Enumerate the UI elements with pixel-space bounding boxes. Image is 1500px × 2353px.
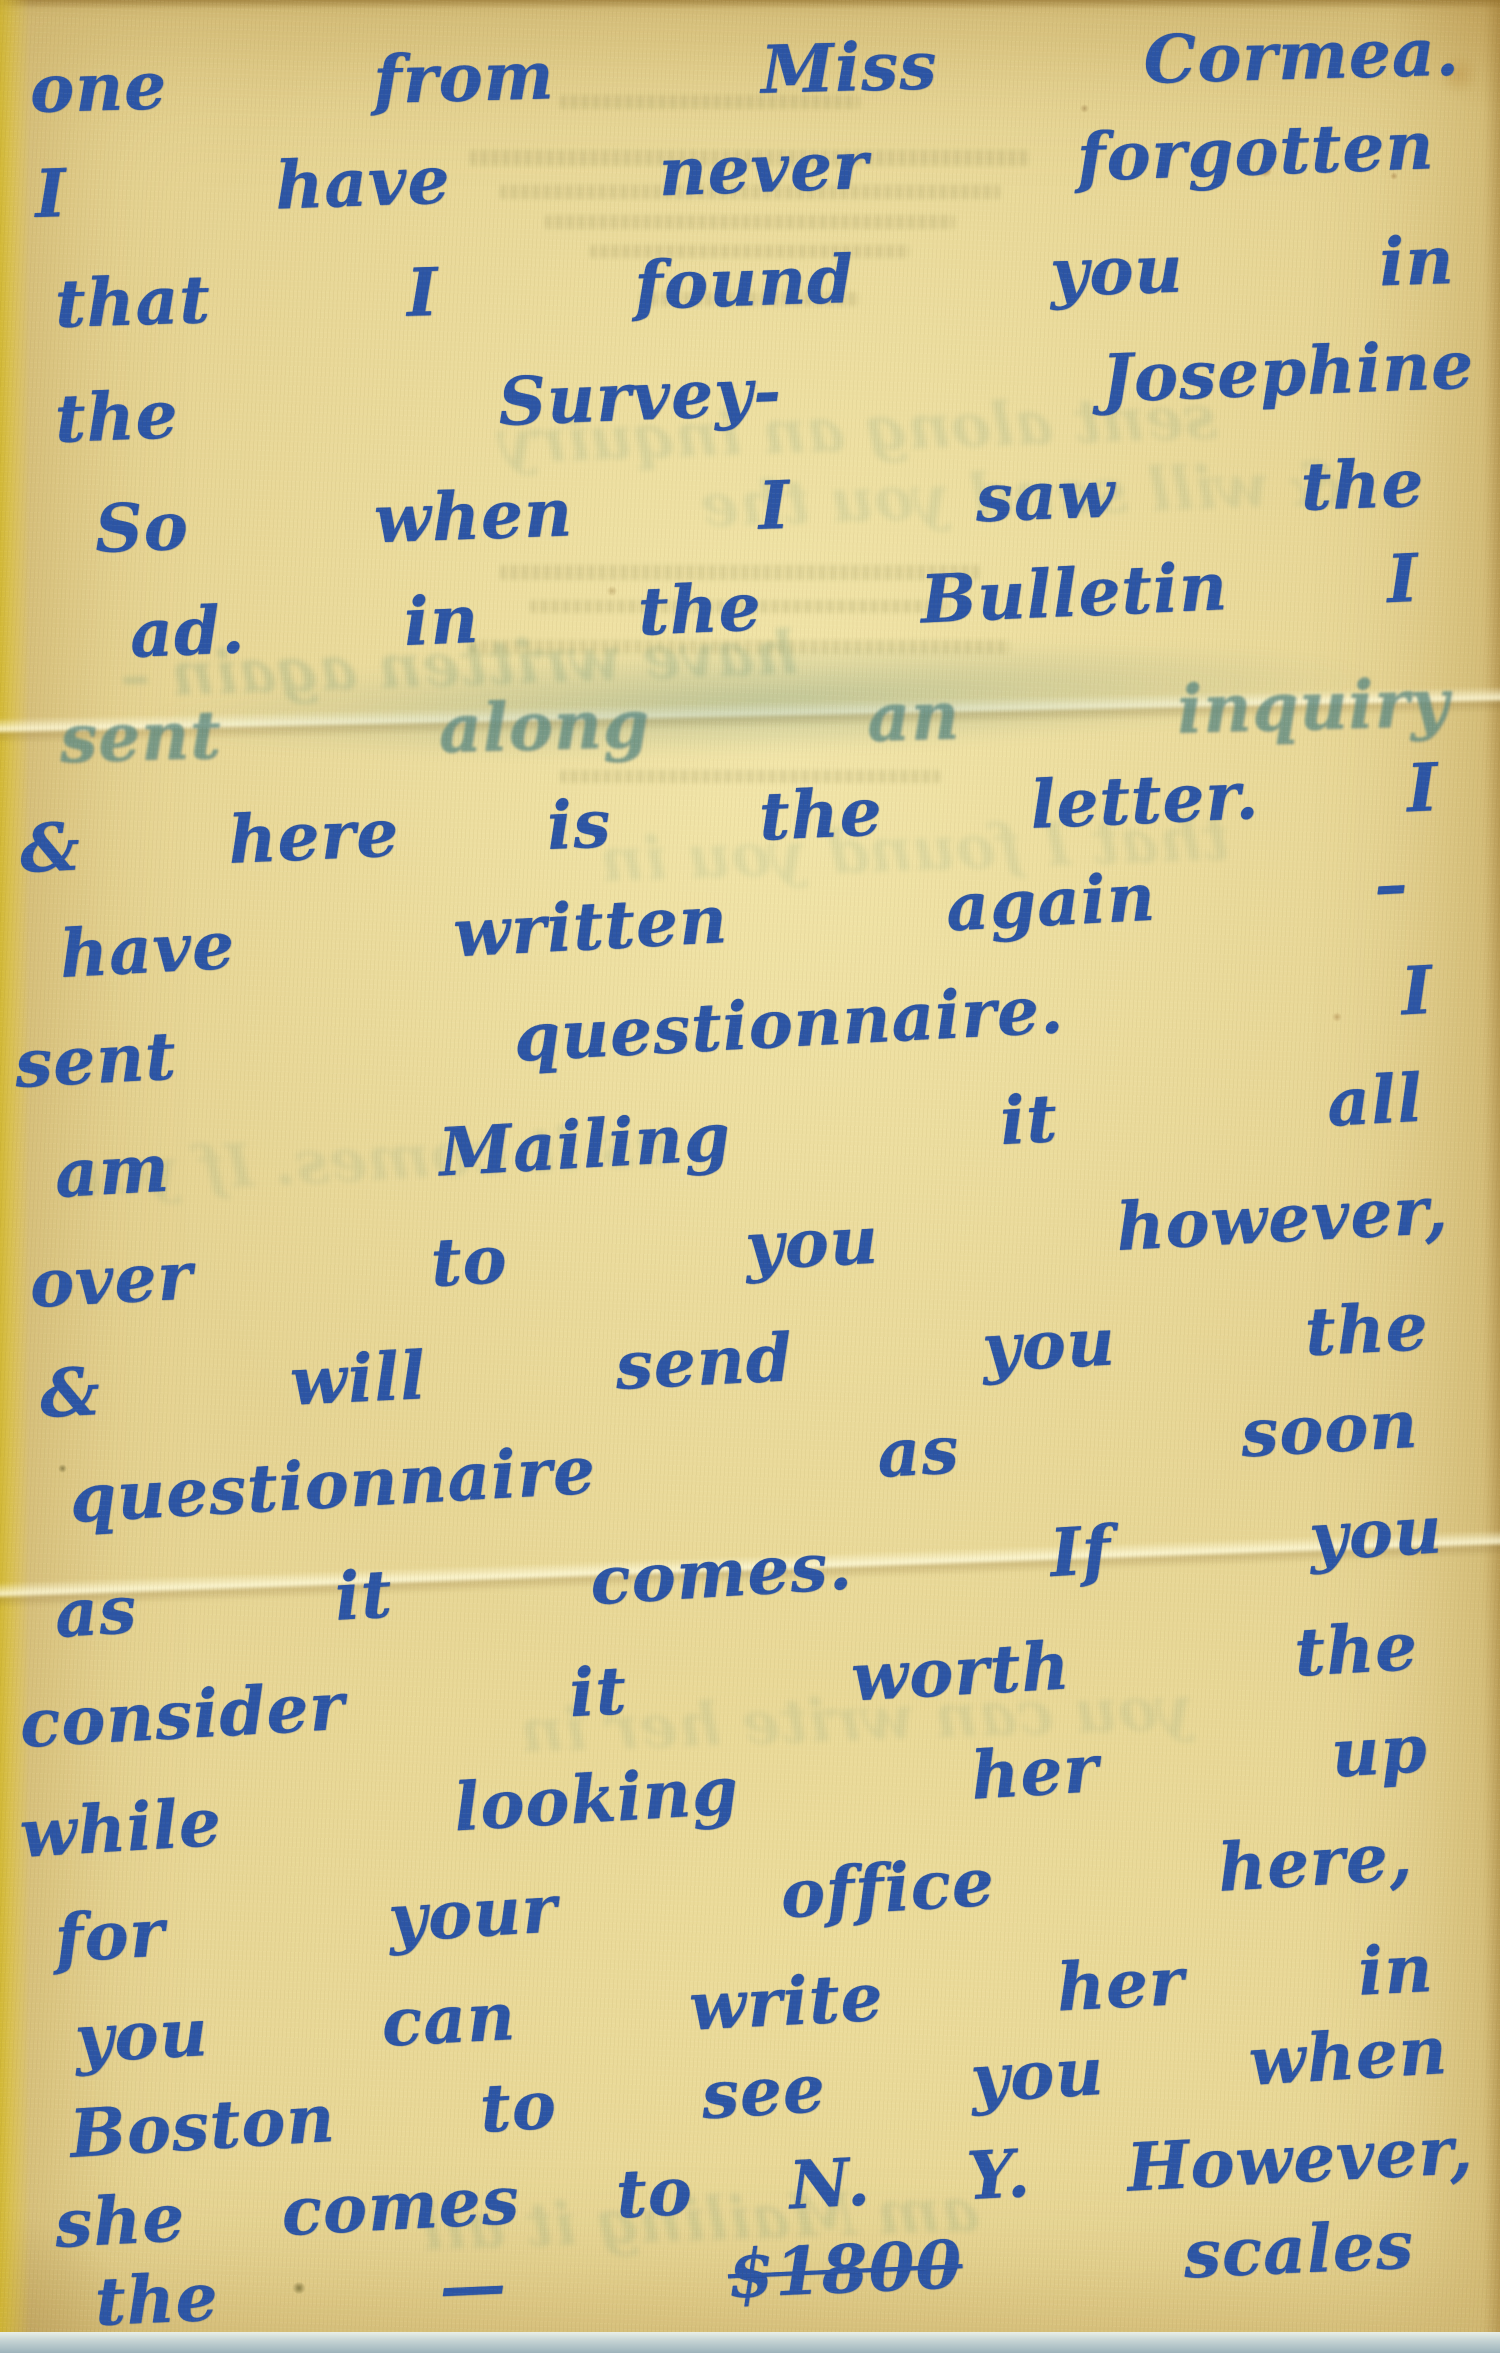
letterhead-bleed-through-band	[545, 215, 955, 229]
handwritten-line-2: I have never forgotten	[34, 111, 1436, 228]
last-line-suffix: scales	[1182, 2205, 1416, 2293]
fox-spot	[1080, 104, 1089, 113]
struck-amount: $1800	[726, 2225, 964, 2313]
letter-page: sent along an inquiry & will send you th…	[0, 0, 1500, 2353]
fox-spot	[58, 1464, 67, 1473]
handwritten-line-3: that I found you in	[54, 226, 1455, 339]
scanner-edge-strip	[0, 2332, 1500, 2353]
last-line-prefix: the —	[93, 2245, 508, 2341]
handwritten-line-1: one from Miss Cormea.	[29, 18, 1460, 124]
